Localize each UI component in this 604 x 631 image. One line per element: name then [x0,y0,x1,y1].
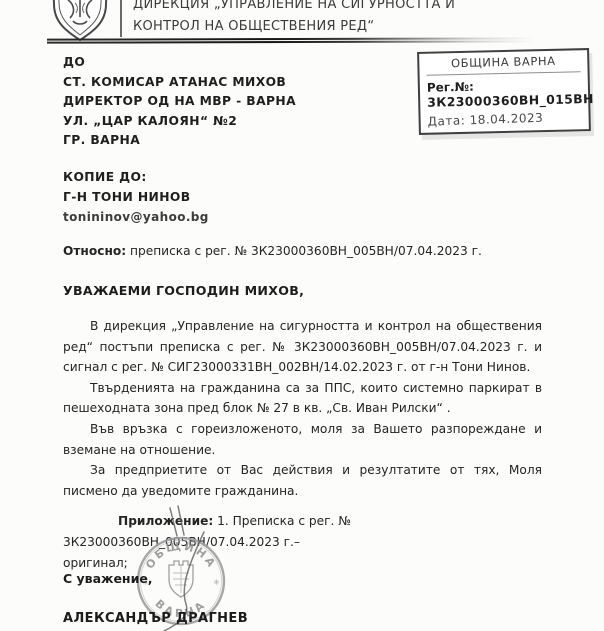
letterhead-divider [120,0,122,37]
subject-text: преписка с рег. № 3К23000360ВН_005ВН/07.… [126,244,482,258]
body-paragraph-2: Твърденията на гражданина са за ППС, кои… [63,378,542,419]
signer-name: АЛЕКСАНДЪР ДРАГНЕВ [63,611,248,626]
body-paragraph-4: За предприетите от Вас действия и резулт… [63,460,542,501]
recipient-line: ДО [63,53,296,73]
copy-to-email: tonininov@yahoo.bg [63,207,209,227]
recipient-line: УЛ. „ЦАР КАЛОЯН“ №2 [63,112,296,132]
recipient-line: СТ. КОМИСАР АТАНАС МИХОВ [63,73,296,93]
registration-stamp-box: ОБЩИНА ВАРНА Рег.№: 3К23000360ВН_015ВН Д… [417,48,591,135]
recipient-line: ГР. ВАРНА [63,131,296,151]
varna-coat-of-arms-icon [46,0,114,42]
copy-to-name: Г-Н ТОНИ НИНОВ [63,187,209,207]
registration-date: Дата: 18.04.2023 [427,109,581,128]
closing-regards: С уважение, [63,571,153,586]
salutation: УВАЖАЕМИ ГОСПОДИН МИХОВ, [63,283,304,298]
letterhead-line-1: ДИРЕКЦИЯ „УПРАВЛЕНИЕ НА СИГУРНОСТТА И [133,0,455,16]
copy-to-label: КОПИЕ ДО: [63,167,209,187]
letterhead-line-2: КОНТРОЛ НА ОБЩЕСТВЕНИЯ РЕД“ [133,16,455,38]
subject-label: Относно: [63,244,126,258]
header-separator-line-2 [47,40,544,43]
body-paragraph-3: Във връзка с гореизложеното, моля за Ваш… [63,419,542,460]
subject-line: Относно: преписка с рег. № 3К23000360ВН_… [63,244,482,258]
letterhead-department-name: ДИРЕКЦИЯ „УПРАВЛЕНИЕ НА СИГУРНОСТТА И КО… [133,0,455,38]
registration-number-value: 3К23000360ВН_015ВН [427,91,581,109]
scanned-letter-page: ДИРЕКЦИЯ „УПРАВЛЕНИЕ НА СИГУРНОСТТА И КО… [0,0,604,631]
recipient-line: ДИРЕКТОР ОД НА МВР - ВАРНА [63,92,296,112]
registration-municipality: ОБЩИНА ВАРНА [426,53,580,75]
body-paragraph-1: В дирекция „Управление на сигурността и … [63,316,542,378]
recipient-address-block: ДО СТ. КОМИСАР АТАНАС МИХОВ ДИРЕКТОР ОД … [63,53,296,151]
letter-body: В дирекция „Управление на сигурността и … [63,316,542,501]
copy-to-block: КОПИЕ ДО: Г-Н ТОНИ НИНОВ tonininov@yahoo… [63,167,209,227]
